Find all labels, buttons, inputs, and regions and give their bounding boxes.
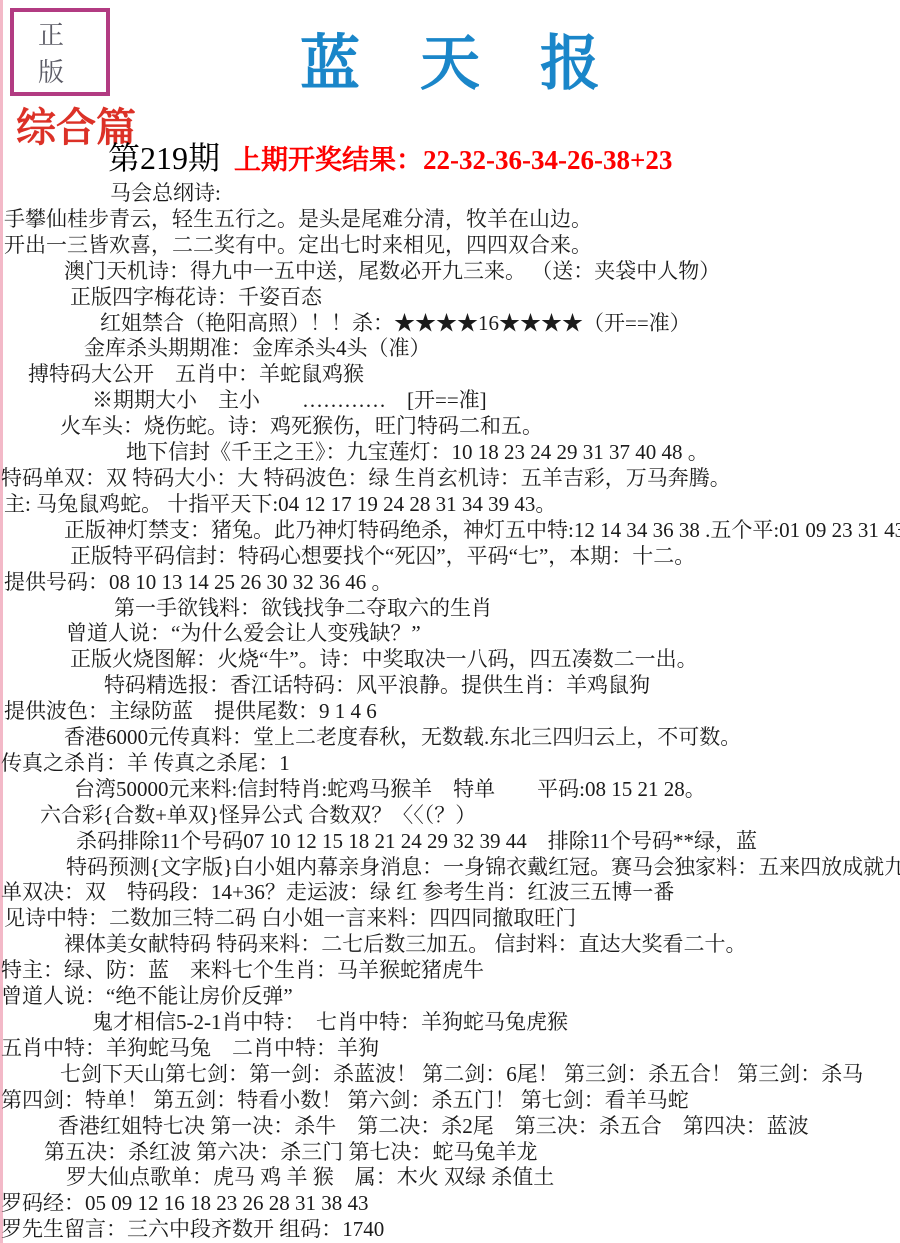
text-line: 开出一三皆欢喜，二二奖有中。定出七时来相见，四四双合来。	[0, 233, 900, 259]
text-line: 火车头：烧伤蛇。诗：鸡死猴伤，旺门特码二和五。	[0, 414, 900, 440]
text-line: 第四剑：特单！ 第五剑：特看小数！ 第六剑：杀五门！ 第七剑：看羊马蛇	[0, 1088, 900, 1114]
text-line: 正版神灯禁支：猪兔。此乃神灯特码绝杀，神灯五中特:12 14 34 36 38 …	[0, 518, 900, 544]
text-line: 六合彩{合数+单双}怪异公式 合数双？〈〈（？）	[0, 803, 900, 829]
text-line: 正版火烧图解：火烧“牛”。诗：中奖取决一八码，四五凑数二一出。	[0, 647, 900, 673]
text-line: 单双决：双 特码段：14+36？走运波：绿 红 参考生肖：红波三五博一番	[0, 880, 900, 906]
text-line: 杀码排除11个号码07 10 12 15 18 21 24 29 32 39 4…	[0, 829, 900, 855]
issue-row: 第219期 上期开奖结果：22-32-36-34-26-38+23	[108, 133, 672, 179]
text-line: 澳门天机诗：得九中一五中送，尾数必开九三来。 （送：夹袋中人物）	[0, 259, 900, 285]
text-line: 马会总纲诗:	[0, 181, 900, 207]
text-line: 香港6000元传真料：堂上二老度春秋，无数载.东北三四归云上，不可数。	[0, 725, 900, 751]
text-line: 特码预测{文字版}白小姐内幕亲身消息：一身锦衣戴红冠。赛马会独家料：五来四放成就…	[0, 855, 900, 881]
text-line: 见诗中特：二数加三特二码 白小姐一言来料：四四同撤取旺门	[0, 906, 900, 932]
text-line: 台湾50000元来料:信封特肖:蛇鸡马猴羊 特单 平码:08 15 21 28。	[0, 777, 900, 803]
text-line: ※期期大小 主小 ………… [开==准]	[0, 388, 900, 414]
newspaper-title: 蓝 天 报	[0, 16, 900, 102]
text-line: 提供号码：08 10 13 14 25 26 30 32 36 46 。	[0, 570, 900, 596]
text-line: 提供波色：主绿防蓝 提供尾数：9 1 4 6	[0, 699, 900, 725]
text-line: 罗码经：05 09 12 16 18 23 26 28 31 38 43	[0, 1191, 900, 1217]
text-line: 第五决：杀红波 第六决：杀三门 第七决：蛇马兔羊龙	[0, 1140, 900, 1166]
text-line: 罗先生留言：三六中段齐数开 组码：1740	[0, 1217, 900, 1243]
text-line: 传真之杀肖：羊 传真之杀尾：1	[0, 751, 900, 777]
text-line: 第一手欲钱料：欲钱找争二夺取六的生肖	[0, 596, 900, 622]
text-line: 主: 马兔鼠鸡蛇。 十指平天下:04 12 17 19 24 28 31 34 …	[0, 492, 900, 518]
text-line: 鬼才相信5-2-1肖中特： 七肖中特：羊狗蛇马兔虎猴	[0, 1010, 900, 1036]
text-line: 曾道人说：“为什么爱会让人变残缺？”	[0, 621, 900, 647]
text-line: 手攀仙桂步青云，轻生五行之。是头是尾难分清，牧羊在山边。	[0, 207, 900, 233]
text-line: 香港红姐特七决 第一决：杀牛 第二决：杀2尾 第三决：杀五合 第四决：蓝波	[0, 1114, 900, 1140]
text-line: 红姐禁合（艳阳高照）！！杀：★★★★16★★★★（开==准）	[0, 311, 900, 337]
text-line: 正版四字梅花诗：千姿百态	[0, 285, 900, 311]
text-line: 裸体美女献特码 特码来料：二七后数三加五。 信封料：直达大奖看二十。	[0, 932, 900, 958]
text-line: 搏特码大公开 五肖中：羊蛇鼠鸡猴	[0, 362, 900, 388]
last-draw-result: 上期开奖结果：22-32-36-34-26-38+23	[234, 138, 672, 177]
text-line: 正版特平码信封：特码心想要找个“死囚”，平码“七”，本期：十二。	[0, 544, 900, 570]
issue-number: 第219期	[108, 133, 220, 179]
text-line: 罗大仙点歌单：虎马 鸡 羊 猴 属：木火 双绿 杀值土	[0, 1165, 900, 1191]
text-line: 特码精选报：香江话特码：风平浪静。提供生肖：羊鸡鼠狗	[0, 673, 900, 699]
text-line: 五肖中特：羊狗蛇马兔 二肖中特：羊狗	[0, 1036, 900, 1062]
text-line: 特主：绿、防：蓝 来料七个生肖：马羊猴蛇猪虎牛	[0, 958, 900, 984]
text-line: 金库杀头期期准：金库杀头4头（准）	[0, 336, 900, 362]
text-line: 曾道人说：“绝不能让房价反弹”	[0, 984, 900, 1010]
text-line: 特码单双：双 特码大小：大 特码波色：绿 生肖玄机诗：五羊吉彩，万马奔腾。	[0, 466, 900, 492]
body-text-block: 马会总纲诗: 手攀仙桂步青云，轻生五行之。是头是尾难分清，牧羊在山边。 开出一三…	[0, 181, 900, 1243]
newspaper-page: 正 版 蓝 天 报 综合篇 第219期 上期开奖结果：22-32-36-34-2…	[0, 0, 900, 1243]
text-line: 地下信封《千王之王》：九宝莲灯：10 18 23 24 29 31 37 40 …	[0, 440, 900, 466]
text-line: 七剑下天山第七剑：第一剑：杀蓝波！ 第二剑：6尾！ 第三剑：杀五合！ 第三剑：杀…	[0, 1062, 900, 1088]
